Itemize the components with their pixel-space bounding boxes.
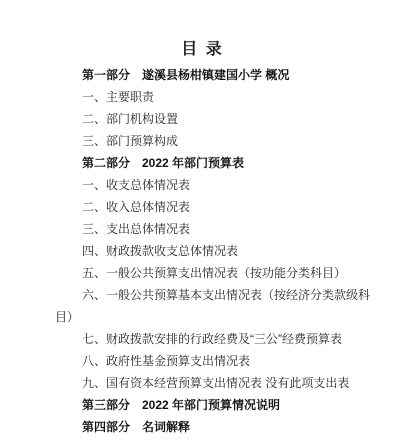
toc-section-heading: 第二部分 2022 年部门预算表 (55, 152, 370, 174)
toc-entry: 七、财政拨款安排的行政经费及“三公”经费预算表 (55, 328, 370, 350)
toc-entry: 二、收入总体情况表 (55, 196, 370, 218)
toc-entry: 六、一般公共预算基本支出情况表（按经济分类款级科 (55, 284, 370, 306)
toc-section-heading: 第一部分 遂溪县杨柑镇建国小学 概况 (55, 64, 370, 86)
toc-entry: 二、部门机构设置 (55, 108, 370, 130)
toc-section-heading: 第四部分 名词解释 (55, 416, 370, 438)
toc-section-heading: 第三部分 2022 年部门预算情况说明 (55, 394, 370, 416)
toc-entry: 三、支出总体情况表 (55, 218, 370, 240)
toc-entry: 四、财政拨款收支总体情况表 (55, 240, 370, 262)
toc-entry: 九、国有资本经营预算支出情况表 没有此项支出表 (55, 372, 370, 394)
toc-entry: 八、政府性基金预算支出情况表 (55, 350, 370, 372)
document-page: 目 录 第一部分 遂溪县杨柑镇建国小学 概况一、主要职责二、部门机构设置三、部门… (0, 0, 414, 442)
toc-entry: 一、收支总体情况表 (55, 174, 370, 196)
toc-entry: 一、主要职责 (55, 86, 370, 108)
toc-title: 目 录 (55, 42, 350, 58)
toc-entry: 五、一般公共预算支出情况表（按功能分类科目） (55, 262, 370, 284)
toc-entry: 三、部门预算构成 (55, 130, 370, 152)
toc-entry: 目） (55, 306, 370, 328)
toc-list: 第一部分 遂溪县杨柑镇建国小学 概况一、主要职责二、部门机构设置三、部门预算构成… (55, 64, 370, 438)
